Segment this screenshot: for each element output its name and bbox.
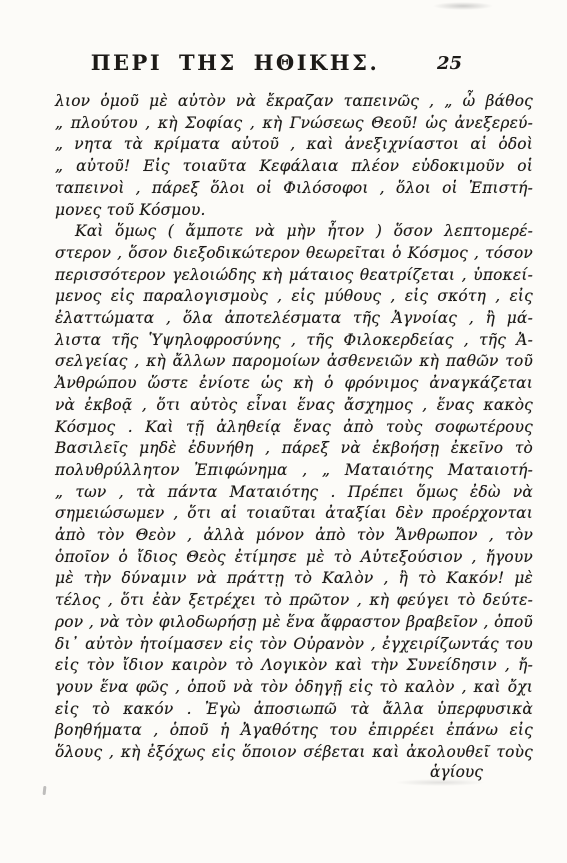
- text-line: εἰς τὸ κακόν . Ἐγὼ ἀποσιωπῶ τὰ ἄλλα ὑπερ…: [55, 699, 533, 721]
- text-line: μενος εἰς παραλογισμοὺς , εἰς μύθους , ε…: [55, 286, 533, 308]
- text-line: ἐλαττώματα , ὅλα ἀποτελέσματα τῆς Ἀγνοία…: [55, 308, 533, 330]
- text-line: στερον , ὅσον διεξοδικώτερον θεωρεῖται ὁ…: [55, 243, 533, 265]
- text-line: γουν ἕνα φῶς , ὁποῦ νὰ τὸν ὁδηγῇ εἰς τὸ …: [55, 677, 533, 699]
- scan-speck: [43, 786, 47, 795]
- text-line: „ νητα τὰ κρίματα αὐτοῦ , καὶ ἀνεξιχνίασ…: [55, 134, 533, 156]
- scan-smudge: [395, 779, 485, 786]
- text-line: βοηθήματα , ὁποῦ ἡ Ἀγαθότης του ἐπιρρέει…: [55, 720, 533, 742]
- text-line: Βασιλεῖς μηδὲ ἐδυνήθη , πάρεξ νὰ ἐκβοήσῃ…: [55, 438, 533, 460]
- text-line: δι᾽ αὐτὸν ἡτοίμασεν εἰς τὸν Οὐρανὸν , ἐγ…: [55, 634, 533, 656]
- page-number: 25: [437, 53, 462, 74]
- text-line: εἰς τὸν ἴδιον καιρὸν τὸ Λογικὸν καὶ τὴν …: [55, 655, 533, 677]
- text-line: σελγείας , κὴ ἄλλων παρομοίων ἀσθενειῶν …: [55, 351, 533, 373]
- text-line: πολυθρύλλητον Ἐπιφώνημα , „ Ματαιότης Μα…: [55, 460, 533, 482]
- text-line: σημειώσωμεν , ὅτι αἱ τοιαῦται ἀταξίαι δὲ…: [55, 503, 533, 525]
- text-line: ταπεινοὶ , πάρεξ ὅλοι οἱ Φιλόσοφοι , ὅλο…: [55, 178, 533, 200]
- text-line: Καὶ ὅμως ( ἄμποτε νὰ μὴν ἦτον ) ὅσον λεπ…: [55, 221, 533, 243]
- text-line: περισσότερον γελοιώδης κὴ μάταιος θεατρί…: [55, 265, 533, 287]
- running-head: ΠΕΡΙ ΤΗΣ ΗΘΙΚΗΣ. 25: [55, 50, 533, 80]
- text-line: Κόσμος . Καὶ τῇ ἀληθείᾳ ἕνας ἀπὸ τοὺς σο…: [55, 417, 533, 439]
- page-title: ΠΕΡΙ ΤΗΣ ΗΘΙΚΗΣ.: [55, 50, 415, 75]
- book-page-scan: ΠΕΡΙ ΤΗΣ ΗΘΙΚΗΣ. 25 λιον ὁμοῦ μὲ αὐτὸν ν…: [0, 0, 567, 863]
- text-line: ὅλους , κὴ ἐξόχως εἰς ὅποιον σέβεται καὶ…: [55, 742, 533, 764]
- body-text-block: λιον ὁμοῦ μὲ αὐτὸν νὰ ἔκραζαν ταπεινῶς ,…: [55, 91, 533, 764]
- text-line: μὲ τὴν δύναμιν νὰ πράττῃ τὸ Καλὸν , ἢ τὸ…: [55, 568, 533, 590]
- text-line: λιον ὁμοῦ μὲ αὐτὸν νὰ ἔκραζαν ταπεινῶς ,…: [55, 91, 533, 113]
- text-line: τέλος , ὅτι ἐὰν ξετρέχει τὸ πρῶτον , κὴ …: [55, 590, 533, 612]
- text-line: Ἀνθρώπου ὥστε ἐνίοτε ὡς κὴ ὁ φρόνιμος ἀν…: [55, 373, 533, 395]
- text-line: μονες τοῦ Κόσμου.: [55, 200, 533, 222]
- text-line: ἀπὸ τὸν Θεὸν , ἀλλὰ μόνον ἀπὸ τὸν Ἄνθρωπ…: [55, 525, 533, 547]
- text-line: νὰ ἐκβοᾷ , ὅτι αὐτὸς εἶναι ἕνας ἄσχημος …: [55, 395, 533, 417]
- text-line: „ των , τὰ πάντα Ματαιότης . Πρέπει ὅμως…: [55, 482, 533, 504]
- text-line: ρον , νὰ τὸν φιλοδωρήσῃ μὲ ἕνα ἄφραστον …: [55, 612, 533, 634]
- text-line: „ αὐτοῦ! Εἰς τοιαῦτα Κεφάλαια πλέον εὐδο…: [55, 156, 533, 178]
- scan-smudge: [433, 2, 493, 10]
- text-line: λιστα τῆς Ὑψηλοφροσύνης , τῆς Φιλοκερδεί…: [55, 330, 533, 352]
- text-line: ὁποῖον ὁ ἴδιος Θεὸς ἐτίμησε μὲ τὸ Αὐτεξο…: [55, 547, 533, 569]
- text-line: „ πλούτου , κὴ Σοφίας , κὴ Γνώσεως Θεοῦ!…: [55, 113, 533, 135]
